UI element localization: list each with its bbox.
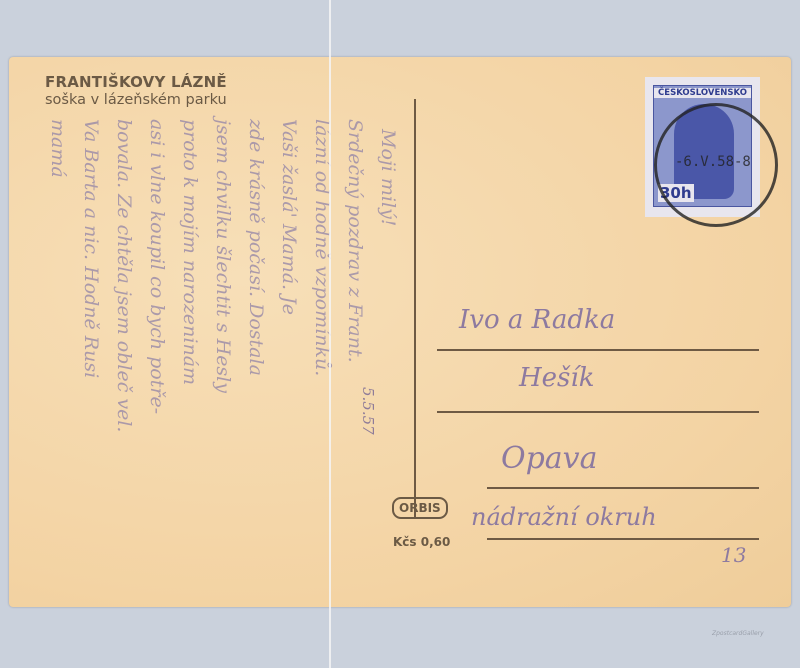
- handwritten-message: Moji milý!Srdečný pozdrav z Frant.lázní …: [29, 119, 399, 599]
- message-line: Va Barta a nic. Hodně Rusi: [80, 119, 102, 378]
- postmark-date: -6.V.58-8: [675, 154, 751, 170]
- message-line: proto k mojím narozeninám: [179, 119, 201, 385]
- address-line-3: Opava: [501, 441, 598, 476]
- address-rule-2: [437, 411, 759, 413]
- postmark: -6.V.58-8: [654, 103, 778, 227]
- message-line: bovala. Ze chtěla jsem obleč vel.: [113, 119, 135, 432]
- address-rule-3: [487, 487, 759, 489]
- message-line: jsem chvilku šlechtit s Hesly: [212, 119, 234, 393]
- address-line-1: Ivo a Radka: [459, 305, 615, 335]
- address-line-4: nádražní okruh: [471, 503, 657, 531]
- message-line: mamá: [47, 119, 69, 178]
- message-line: Srdečný pozdrav z Frant.: [344, 119, 366, 363]
- postcard-title: FRANTIŠKOVY LÁZNĚ: [45, 73, 227, 91]
- address-rule-4: [487, 538, 759, 540]
- postcard: FRANTIŠKOVY LÁZNĚ soška v lázeňském park…: [9, 57, 791, 607]
- address-line-2: Hešík: [519, 363, 594, 393]
- message-date: 5.5.57: [359, 387, 377, 435]
- address-rule-1: [437, 349, 759, 351]
- message-line: Moji milý!: [377, 129, 399, 226]
- message-line: asi i vlne koupil co bych potře-: [146, 119, 168, 414]
- watermark: ZpostcardGallery: [712, 630, 764, 637]
- message-line: zde krásně počasí. Dostala: [245, 119, 267, 376]
- price-label: Kčs 0,60: [393, 535, 450, 549]
- message-line: Vaši žaslá' Mamá. Je: [278, 119, 300, 315]
- publisher-logo: ORBIS: [392, 497, 448, 519]
- stamp-country: ČESKOSLOVENSKO: [654, 88, 751, 98]
- address-line-5: 13: [721, 543, 746, 567]
- scan-seam: [329, 0, 331, 668]
- center-divider: [414, 99, 416, 519]
- postcard-subtitle: soška v lázeňském parku: [45, 92, 227, 108]
